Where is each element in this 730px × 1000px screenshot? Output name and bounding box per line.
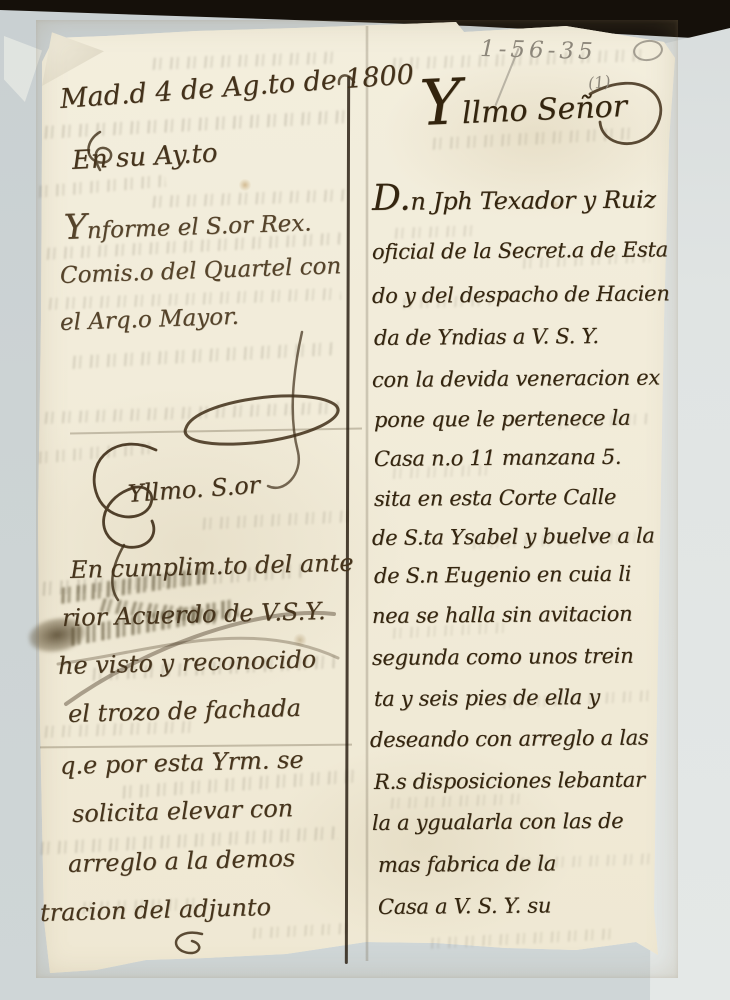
archival-mark: 1-56-35 [480, 36, 597, 65]
petition-line: de S.ta Ysabel y buelve a la [372, 524, 655, 550]
petition-line: R.s disposiciones lebantar [374, 768, 645, 794]
petition-line: mas fabrica de la [378, 851, 556, 877]
petition-line: sita en esta Corte Calle [374, 485, 616, 511]
center-fold-crease [365, 26, 369, 961]
petition-line: con la devida veneracion ex [372, 365, 660, 392]
petition-line: Casa n.o 11 manzana 5. [374, 445, 621, 471]
petition-line: da de Yndias a V. S. Y. [374, 324, 599, 350]
petition-line: la a ygualarla con las de [372, 809, 624, 835]
petition-line: do y del despacho de Hacien [372, 281, 670, 308]
petition-line: pone que le pertenece la [374, 406, 630, 432]
petition-line: deseando con arreglo a las [370, 726, 649, 752]
report-line: solicita elevar con [72, 794, 294, 828]
petition-line: oficial de la Secret.a de Esta [372, 237, 668, 264]
petition-line: ta y seis pies de ella y [374, 685, 600, 711]
petition-line: segunda como unos trein [372, 644, 634, 670]
petition-line: Casa a V. S. Y. su [378, 893, 551, 919]
petition-line: D.n Jph Texador y Ruiz [372, 184, 656, 216]
petition-line: nea se halla sin avitacion [372, 602, 633, 628]
manuscript-page: 1-56-35 (1) Mad.d 4 de Ag.to de 1800 En … [0, 0, 730, 1000]
petition-salutation: Yllmo Señor [419, 73, 628, 133]
petition-line: de S.n Eugenio en cuia li [374, 562, 631, 588]
report-line: arreglo a la demos [68, 844, 296, 878]
